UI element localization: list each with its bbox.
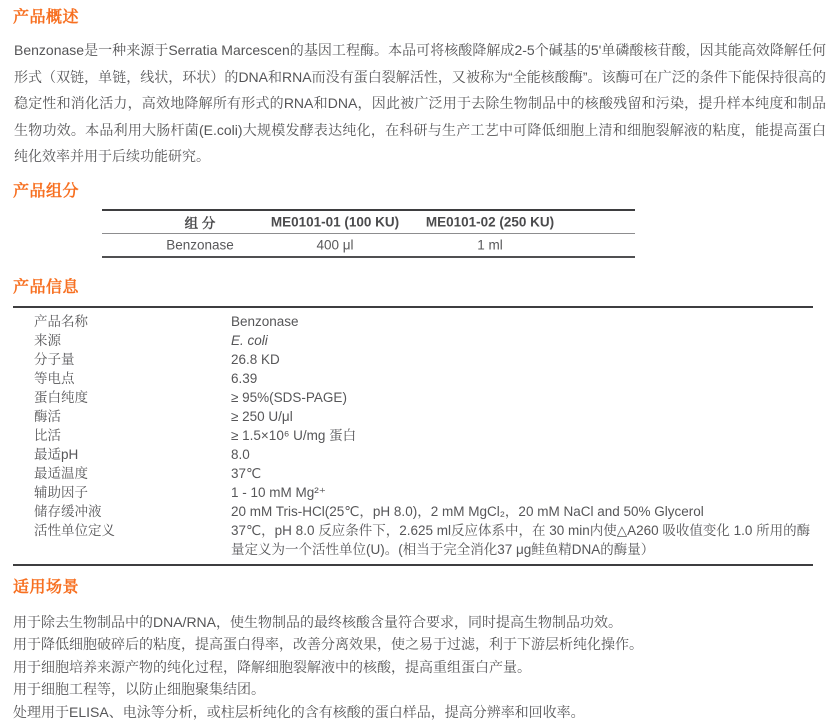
info-row-product-name: 产品名称 Benzonase: [13, 312, 813, 331]
info-row-protein-purity: 蛋白纯度 ≥ 95%(SDS-PAGE): [13, 388, 813, 407]
section-components: 产品组分 组 分 ME0101-01 (100 KU) ME0101-02 (2…: [13, 182, 827, 258]
info-row-enzyme-activity: 酶活 ≥ 250 U/μl: [13, 407, 813, 426]
components-table-header-row: 组 分 ME0101-01 (100 KU) ME0101-02 (250 KU…: [102, 211, 635, 234]
section-info: 产品信息 产品名称 Benzonase 来源 E. coli 分子量 26.8 …: [13, 278, 827, 566]
info-value: 37℃: [231, 464, 812, 483]
product-datasheet-page: 产品概述 Benzonase是一种来源于Serratia Marcescen的基…: [0, 0, 840, 721]
info-label: 蛋白纯度: [13, 388, 231, 407]
info-label: 辅助因子: [13, 483, 231, 502]
info-label: 活性单位定义: [13, 521, 231, 559]
info-value: 1 - 10 mM Mg²⁺: [231, 483, 812, 502]
info-row-cofactor: 辅助因子 1 - 10 mM Mg²⁺: [13, 483, 813, 502]
components-header-sku-100ku: ME0101-01 (100 KU): [271, 214, 399, 229]
info-label: 分子量: [13, 350, 231, 369]
component-volume-250ku-cell: 1 ml: [477, 237, 503, 252]
product-info-table: 产品名称 Benzonase 来源 E. coli 分子量 26.8 KD 等电…: [13, 306, 813, 566]
scenario-item: 处理用于ELISA、电泳等分析，或柱层析纯化的含有核酸的蛋白样品，提高分辨率和回…: [13, 701, 827, 721]
info-value: 26.8 KD: [231, 350, 812, 369]
info-value: 6.39: [231, 369, 812, 388]
overview-heading: 产品概述: [13, 8, 827, 28]
scenario-item: 用于除去生物制品中的DNA/RNA，使生物制品的最终核酸含量符合要求，同时提高生…: [13, 611, 827, 634]
info-row-specific-activity: 比活 ≥ 1.5×10⁶ U/mg 蛋白: [13, 426, 813, 445]
info-value: Benzonase: [231, 312, 812, 331]
section-scenarios: 适用场景 用于除去生物制品中的DNA/RNA，使生物制品的最终核酸含量符合要求，…: [13, 578, 827, 721]
info-value: E. coli: [231, 331, 812, 350]
info-label: 储存缓冲液: [13, 502, 231, 521]
scenario-item: 用于细胞培养来源产物的纯化过程，降解细胞裂解液中的核酸，提高重组蛋白产量。: [13, 656, 827, 679]
section-overview: 产品概述 Benzonase是一种来源于Serratia Marcescen的基…: [13, 8, 827, 170]
info-label: 等电点: [13, 369, 231, 388]
overview-paragraph: Benzonase是一种来源于Serratia Marcescen的基因工程酶。…: [14, 37, 826, 170]
info-label: 来源: [13, 331, 231, 350]
info-value: ≥ 95%(SDS-PAGE): [231, 388, 812, 407]
info-row-unit-definition: 活性单位定义 37℃，pH 8.0 反应条件下，2.625 ml反应体系中，在 …: [13, 521, 813, 559]
scenario-item: 用于降低细胞破碎后的粘度，提高蛋白得率，改善分离效果，使之易于过滤，利于下游层析…: [13, 633, 827, 656]
info-row-isoelectric-point: 等电点 6.39: [13, 369, 813, 388]
component-name-cell: Benzonase: [166, 237, 234, 252]
component-volume-100ku-cell: 400 μl: [316, 237, 353, 252]
info-row-source: 来源 E. coli: [13, 331, 813, 350]
info-label: 最适温度: [13, 464, 231, 483]
info-value: 20 mM Tris-HCl(25℃，pH 8.0)，2 mM MgCl₂，20…: [231, 502, 812, 521]
info-row-optimal-temperature: 最适温度 37℃: [13, 464, 813, 483]
info-heading: 产品信息: [13, 278, 827, 298]
scenario-item: 用于细胞工程等，以防止细胞聚集结团。: [13, 678, 827, 701]
scenarios-heading: 适用场景: [13, 578, 827, 598]
components-heading: 产品组分: [13, 182, 827, 202]
info-row-optimal-ph: 最适pH 8.0: [13, 445, 813, 464]
info-label: 酶活: [13, 407, 231, 426]
info-row-storage-buffer: 储存缓冲液 20 mM Tris-HCl(25℃，pH 8.0)，2 mM Mg…: [13, 502, 813, 521]
info-label: 比活: [13, 426, 231, 445]
scenario-list: 用于除去生物制品中的DNA/RNA，使生物制品的最终核酸含量符合要求，同时提高生…: [13, 611, 827, 721]
info-value: ≥ 250 U/μl: [231, 407, 812, 426]
components-table-row: Benzonase 400 μl 1 ml: [102, 234, 635, 256]
info-value: 37℃，pH 8.0 反应条件下，2.625 ml反应体系中，在 30 min内…: [231, 521, 812, 559]
info-label: 最适pH: [13, 445, 231, 464]
info-label: 产品名称: [13, 312, 231, 331]
info-row-molecular-weight: 分子量 26.8 KD: [13, 350, 813, 369]
components-header-component: 组 分: [185, 212, 216, 232]
info-value: ≥ 1.5×10⁶ U/mg 蛋白: [231, 426, 812, 445]
components-header-sku-250ku: ME0101-02 (250 KU): [426, 214, 554, 229]
info-value: 8.0: [231, 445, 812, 464]
components-table: 组 分 ME0101-01 (100 KU) ME0101-02 (250 KU…: [102, 209, 635, 258]
